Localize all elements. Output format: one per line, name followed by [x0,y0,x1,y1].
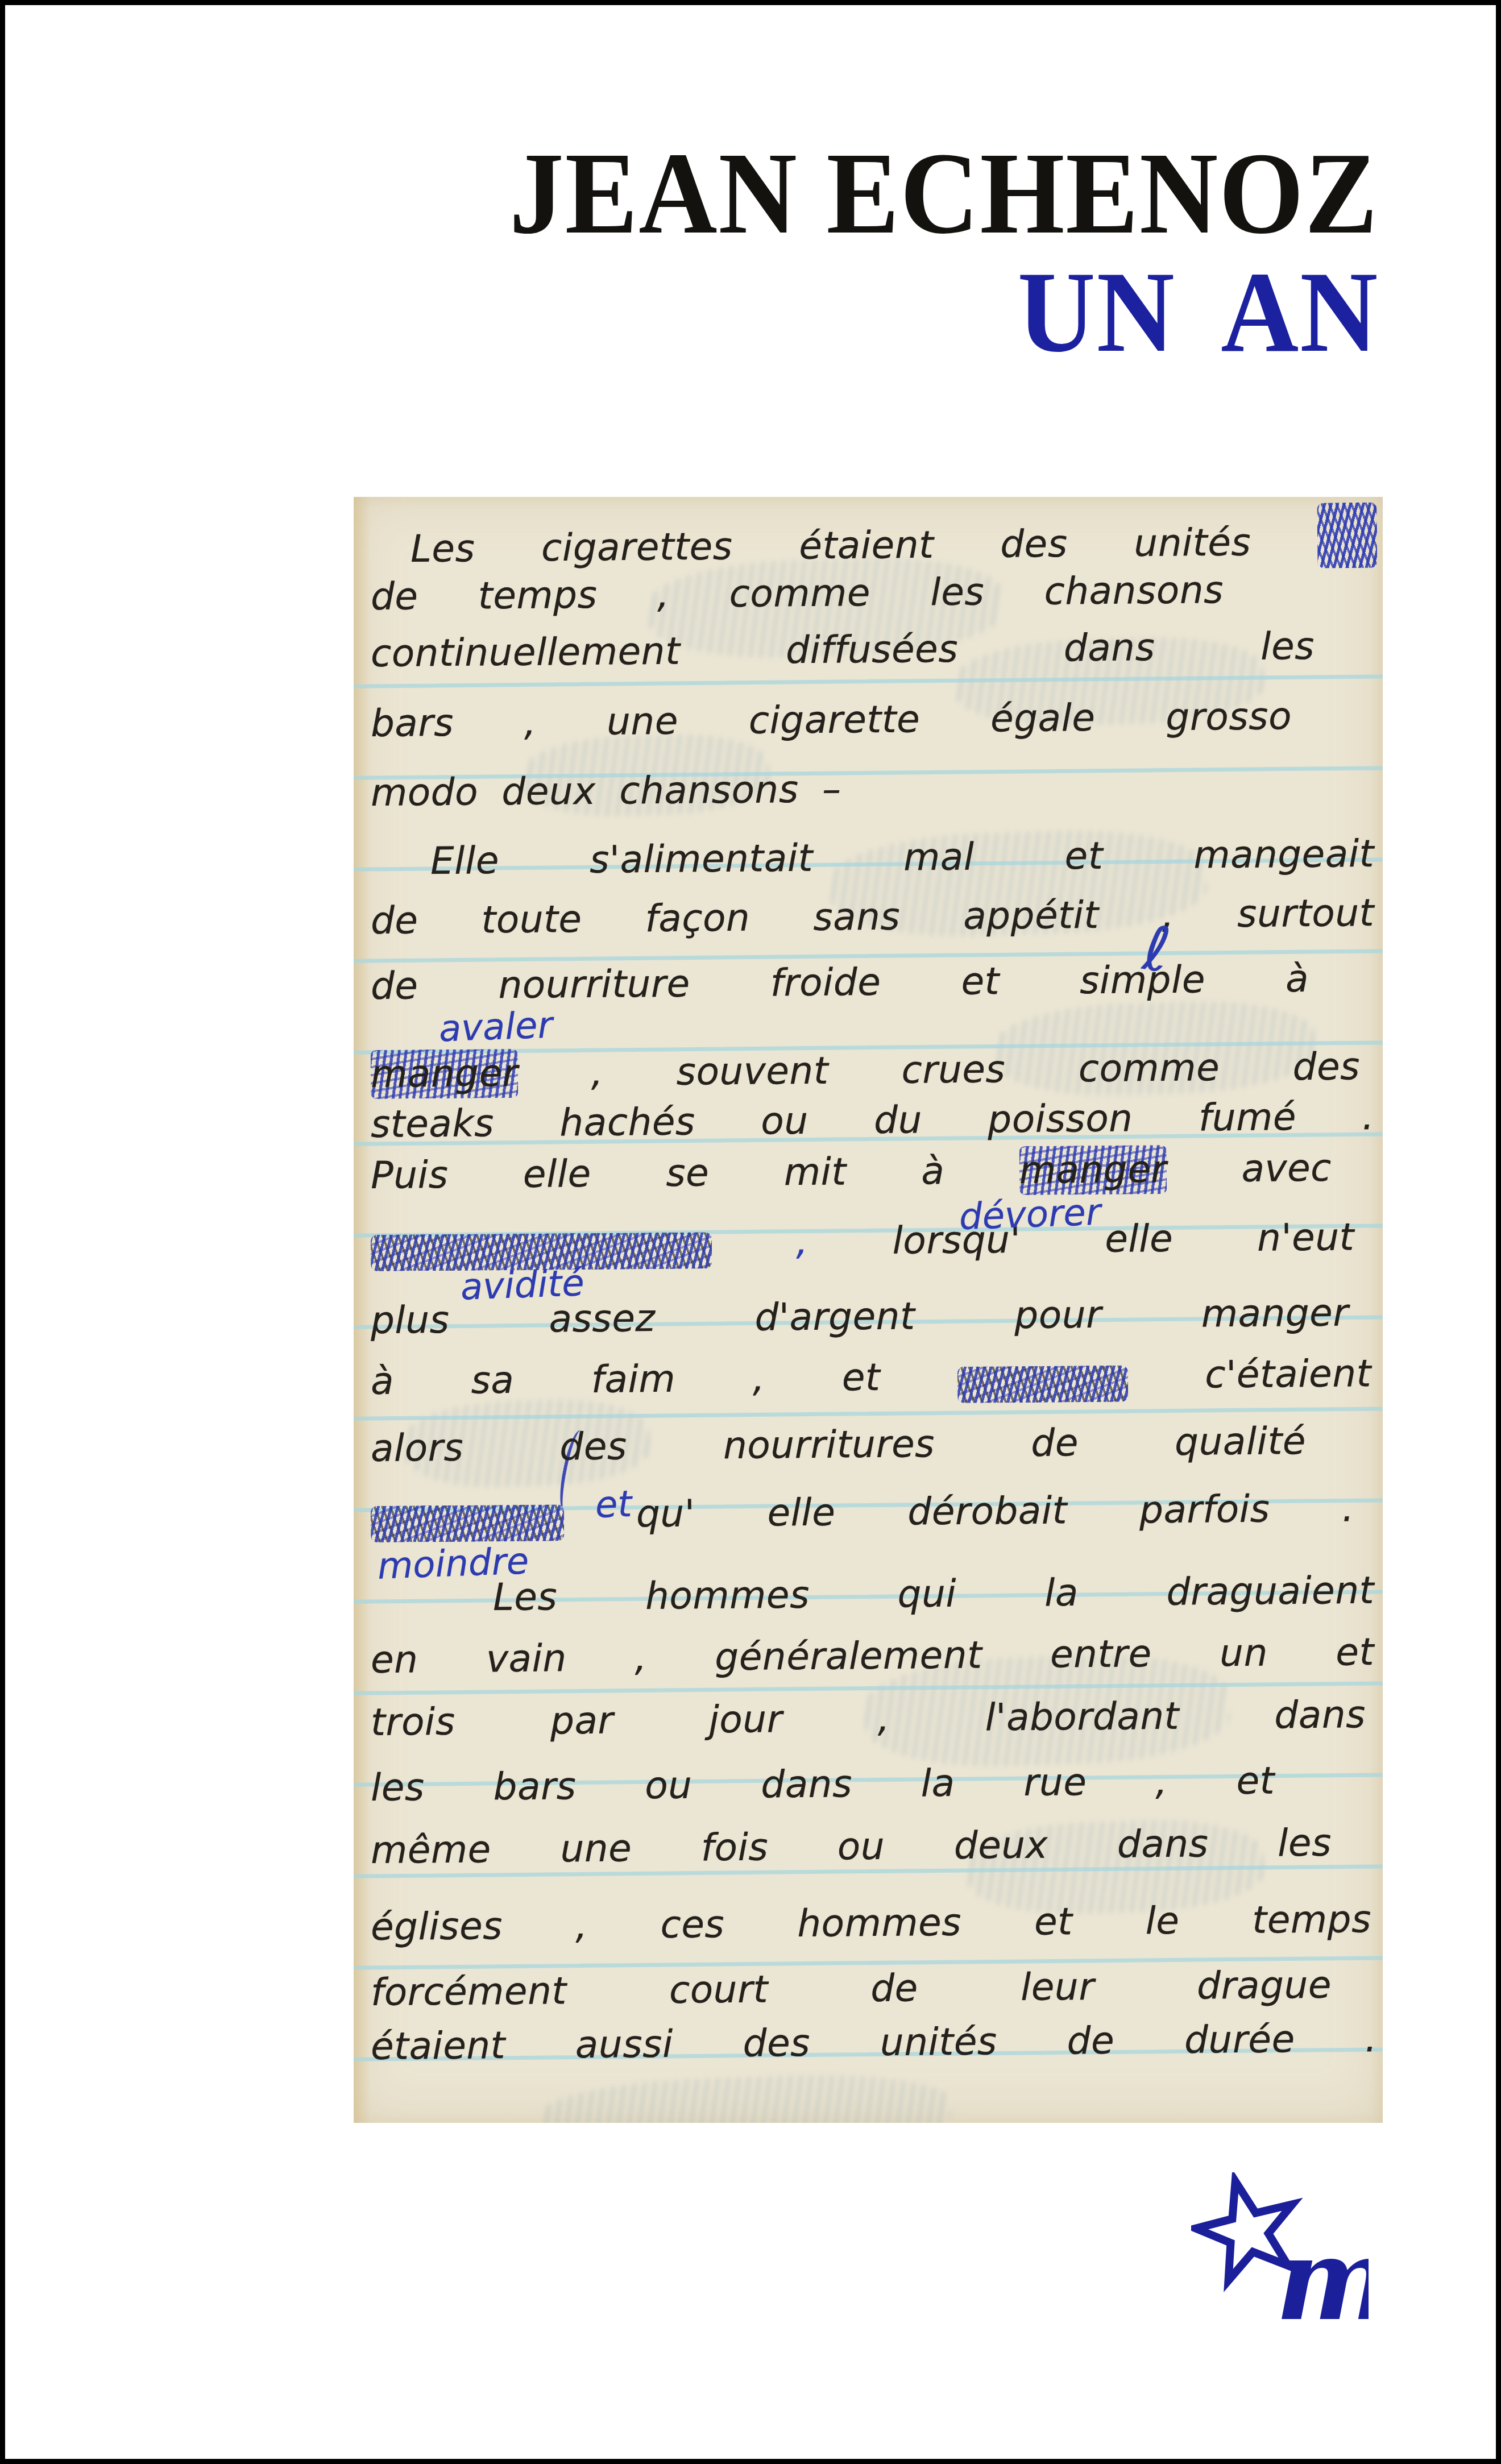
struck-word: manger [1019,1145,1167,1195]
manuscript-line: continuellement diffusées dans les [371,622,1315,678]
author-name: JEAN ECHENOZ [509,135,1379,252]
handwriting-segment: qu' elle dérobait parfois . [636,1486,1354,1536]
handwriting-segment: trois par jour , l'abordant dans [371,1693,1366,1744]
manuscript-line: de nourriture froide et simple à [371,955,1309,1011]
blue-correction: moindre [377,1541,529,1586]
handwriting-segment: Puis elle se mit à [371,1149,945,1197]
handwriting-segment: , souvent crues comme des [591,1044,1360,1094]
handwriting-segment: continuellement diffusées dans les [371,624,1315,675]
bleedthrough-mark [540,2070,952,2123]
handwriting-segment: étaient aussi des unités de durée . [371,2017,1378,2068]
handwriting-segment: églises , ces hommes et le temps [371,1897,1372,1949]
blue-correction: dévorer [959,1193,1101,1238]
handwriting-segment: Elle s'alimentait mal et mangeait [430,832,1375,883]
manuscript-line: de toute façon sans appétit , surtout [371,889,1375,945]
handwriting-segment: , [796,1219,808,1263]
manuscript-line: bars , une cigarette égale grosso [371,692,1292,748]
manuscript-line: Elle s'alimentait mal et mangeait [430,829,1375,886]
manuscript-line: modo deux chansons – [371,765,841,818]
handwriting-segment: bars , une cigarette égale grosso [371,694,1292,745]
manuscript-line: qu' elle dérobait parfois . [371,1484,1355,1542]
handwriting-segment: avec [1241,1146,1332,1190]
handwriting-segment: à sa faim , et [371,1355,881,1403]
manuscript-line: forcément court de leur drague [371,1961,1332,2017]
monogram-m: m [1275,2213,1369,2329]
manuscript-line: Puis elle se mit à manger avec [371,1144,1332,1200]
handwriting-segment: en vain , généralement entre un et [371,1630,1375,1682]
manuscript-line: trois par jour , l'abordant dans [371,1690,1366,1747]
manuscript-line: , lorsqu' elle n'eut [371,1213,1355,1271]
handwriting-segment: alors des nourritures de qualité [371,1419,1307,1470]
scribbled-out-word [1317,503,1377,569]
manuscript-line: Les hommes qui la draguaient [493,1566,1375,1622]
manuscript-line: à sa faim , et c'étaient [371,1349,1372,1408]
handwriting-segment: de nourriture froide et simple à [371,957,1309,1008]
star-and-m-logo: m [1191,2172,1369,2329]
blue-correction: et [595,1484,633,1525]
handwriting-segment: forcément court de leur drague [371,1963,1332,2014]
handwriting-segment: de temps , comme les chansons [371,568,1224,619]
blue-correction: avaler [438,1006,553,1050]
manuscript-line: en vain , généralement entre un et [371,1628,1375,1685]
handwriting-segment: modo deux chansons – [371,768,841,815]
manuscript-line: étaient aussi des unités de durée . [371,2014,1378,2071]
manuscript-line: steaks hachés ou du poisson fumé . [371,1092,1375,1149]
handwriting-segment: de toute façon sans appétit , surtout [371,891,1375,943]
minuit-logo: m [1191,2172,1369,2329]
struck-word: manger [371,1049,519,1099]
manuscript-line: même une fois ou deux dans les [371,1819,1332,1875]
manuscript-line: alors des nourritures de qualité [371,1417,1307,1473]
manuscript-line: les bars ou dans la rue , et [371,1757,1275,1812]
handwriting-segment: les bars ou dans la rue , et [371,1759,1275,1810]
scribbled-out-word [371,1504,564,1542]
manuscript-line: Les cigarettes étaient des unités [411,503,1378,575]
handwriting-segment: Les cigarettes étaient des unités [411,520,1251,571]
book-cover: JEAN ECHENOZ UN AN Les cigarettes étaien… [0,0,1501,2464]
blue-correction: ℓ [1141,928,1172,972]
handwriting-segment: steaks hachés ou du poisson fumé . [371,1094,1375,1146]
scribbled-out-word [957,1366,1128,1403]
book-title: UN AN [1018,254,1379,370]
handwriting-segment: même une fois ou deux dans les [371,1821,1332,1872]
handwriting-segment: c'étaient [1205,1351,1371,1396]
manuscript-line: manger , souvent crues comme des [371,1042,1361,1099]
handwriting-segment: Les hommes qui la draguaient [493,1569,1375,1619]
manuscript-line: églises , ces hommes et le temps [371,1895,1372,1952]
blue-correction: avidité [460,1263,585,1308]
manuscript-line: de temps , comme les chansons [371,566,1224,621]
manuscript-photo: Les cigarettes étaient des unités de tem… [354,497,1383,2123]
